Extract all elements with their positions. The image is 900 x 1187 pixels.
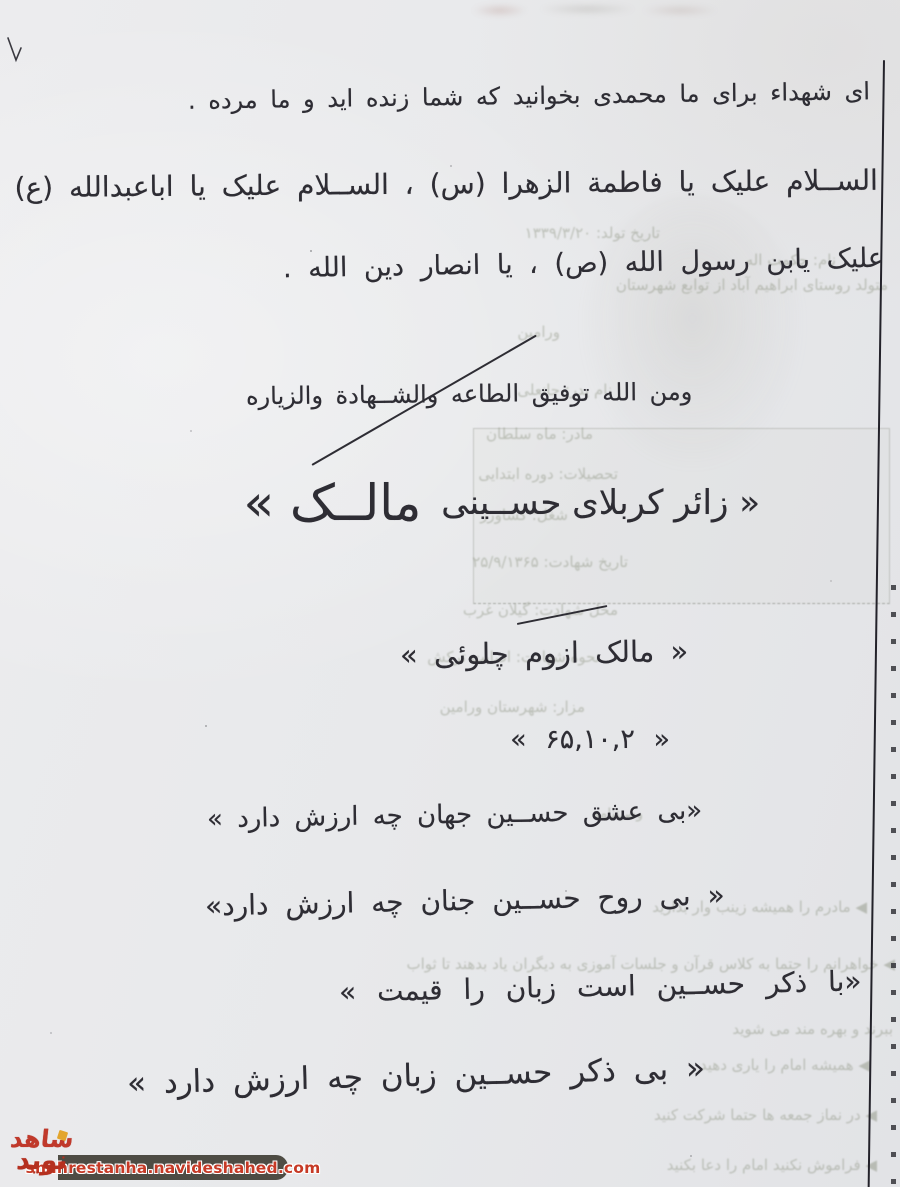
scanned-handwritten-testament-page: نام: حکمت اله تاریخ تولد: ۱۳۳۹/۳/۲۰ متول… <box>0 0 900 1187</box>
handwriting-line-11: « بی ذکر حســین زبان چه ارزش دارد » <box>127 1048 706 1105</box>
watermark-strip: shahrestanha.navideshahed.com <box>58 1155 288 1180</box>
handwriting-line-5-name: مالــک » <box>243 470 421 538</box>
bleedthrough-bio-martyrdom-place: محل شهادت: گیلان غرب <box>463 601 618 619</box>
margin-rule-line <box>868 60 885 1187</box>
handwriting-line-4: ومن الله توفیق الطاعه والشــهادة والزیار… <box>246 376 693 413</box>
bleedthrough-bio-mother: مادر: ماه سلطان <box>486 425 593 443</box>
logo-word-navid: نوید <box>5 1150 80 1174</box>
bleedthrough-bullet-5: ◀ در نماز جمعه ها حتما شرکت کنید <box>654 1106 877 1124</box>
page-binding-dashes <box>891 585 896 1187</box>
bleedthrough-bio-grave: مزار: شهرستان ورامین <box>440 698 585 716</box>
handwriting-line-6: « مالک ازوم چلوئی » <box>399 632 688 675</box>
handwriting-line-1: ای شهداء برای ما محمدی بخوانید که شما زن… <box>188 75 870 117</box>
bleedthrough-bio-birthdate: تاریخ تولد: ۱۳۳۹/۳/۲۰ <box>525 224 660 242</box>
bleedthrough-header-marks <box>468 0 733 26</box>
handwriting-line-5: « زائر کربلای حســینی مالــک » <box>243 470 760 538</box>
handwriting-line-5-right: « زائر کربلای حســینی <box>441 481 760 527</box>
handwriting-line-9: « بی روح حســین جنان چه ارزش دارد» <box>205 877 725 926</box>
handwriting-line-2: الســلام علیک یا فاطمة الزهرا (س) ، السـ… <box>0 162 878 208</box>
bleedthrough-bullet-6: ◀ فراموش نکنید امام را دعا بکنید <box>667 1156 877 1174</box>
handwriting-line-7-date: « ۶۵,۱۰,۲ » <box>510 722 670 758</box>
handwriting-line-8: «بی عشق حســین جهان چه ارزش دارد » <box>207 794 703 838</box>
bleedthrough-bio-birthplace-2: ورامین <box>517 323 560 341</box>
bleedthrough-bio-martyrdom-date: تاریخ شهادت: ۲۵/۹/۱۳۶۵ <box>472 553 628 571</box>
bleedthrough-bullet-4: ◀ همیشه امام را یاری دهید <box>700 1056 870 1074</box>
navideshahed-logo: شاهد نوید <box>6 1128 78 1187</box>
pen-tick-mark <box>5 36 25 64</box>
